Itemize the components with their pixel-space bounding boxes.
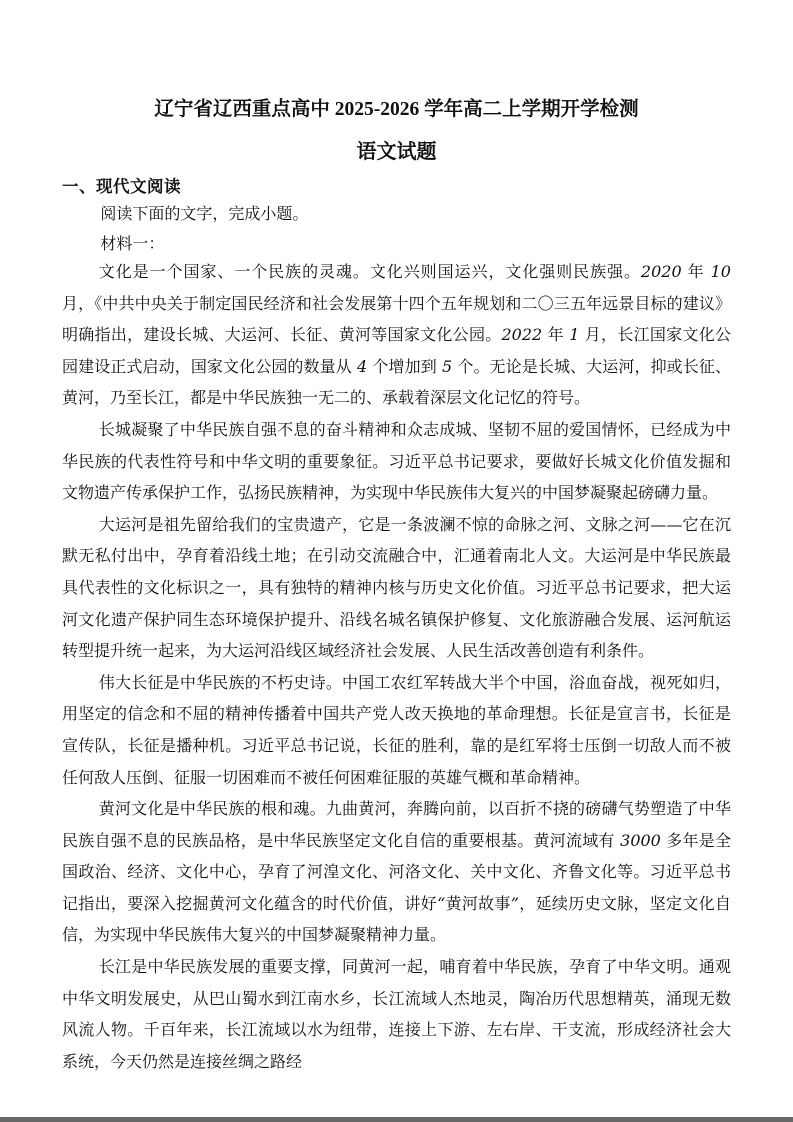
- exam-title: 辽宁省辽西重点高中 2025-2026 学年高二上学期开学检测: [62, 0, 731, 122]
- material-paragraph-1: 文化是一个国家、一个民族的灵魂。文化兴则国运兴，文化强则民族强。2020 年 1…: [62, 256, 731, 414]
- material-paragraph-4: 伟大长征是中华民族的不朽史诗。中国工农红军转战大半个中国，浴血奋战，视死如归，用…: [62, 667, 731, 793]
- page-boundary-divider: [0, 1117, 793, 1122]
- exam-subtitle: 语文试题: [62, 140, 731, 165]
- material-paragraph-6: 长江是中华民族发展的重要支撑，同黄河一起，哺育着中华民族，孕育了中华文明。通观中…: [62, 951, 731, 1077]
- material-paragraph-2: 长城凝聚了中华民族自强不息的奋斗精神和众志成城、坚韧不屈的爱国情怀，已经成为中华…: [62, 414, 731, 509]
- material-paragraph-5: 黄河文化是中华民族的根和魂。九曲黄河，奔腾向前，以百折不挠的磅礴气势塑造了中华民…: [62, 793, 731, 951]
- reading-instruction: 阅读下面的文字，完成小题。: [62, 203, 731, 227]
- page-content: 辽宁省辽西重点高中 2025-2026 学年高二上学期开学检测 语文试题 一、现…: [0, 0, 793, 1077]
- section-heading-modern-reading: 一、现代文阅读: [62, 176, 731, 199]
- material-label: 材料一：: [62, 232, 731, 256]
- material-paragraph-3: 大运河是祖先留给我们的宝贵遗产，它是一条波澜不惊的命脉之河、文脉之河——它在沉默…: [62, 509, 731, 667]
- document-page: 辽宁省辽西重点高中 2025-2026 学年高二上学期开学检测 语文试题 一、现…: [0, 0, 793, 1122]
